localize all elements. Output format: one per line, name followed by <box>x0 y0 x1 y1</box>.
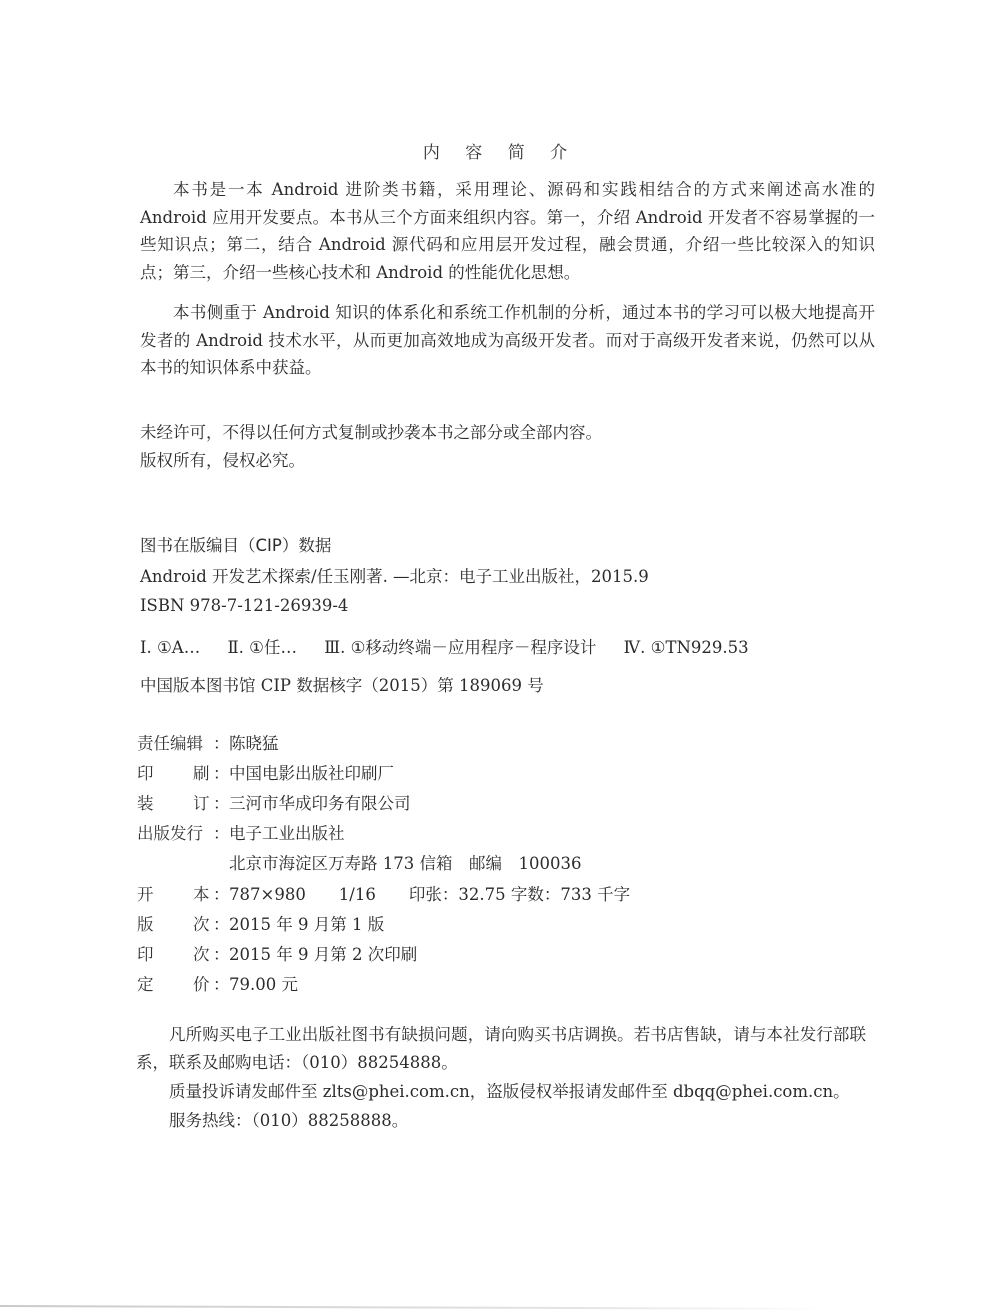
summary-paragraph-2: 本书侧重于 Android 知识的体系化和系统工作机制的分析，通过本书的学习可以… <box>140 299 875 382</box>
cip-class-4: Ⅳ. ①TN929.53 <box>624 638 749 657</box>
field-printer: 印 刷 ： 中国电影出版社印刷厂 <box>137 760 394 784</box>
cip-class-3: Ⅲ. ①移动终端－应用程序－程序设计 <box>324 638 596 657</box>
cip-heading: 图书在版编目（CIP）数据 <box>140 532 331 556</box>
field-edition: 版 次 ： 2015 年 9 月第 1 版 <box>137 911 384 935</box>
field-publisher: 出版发行 ： 电子工业出版社 <box>137 820 345 844</box>
field-publisher-value: 电子工业出版社 <box>229 820 345 844</box>
cip-classification: Ⅰ. ①A… Ⅱ. ①任… Ⅲ. ①移动终端－应用程序－程序设计 Ⅳ. ①TN9… <box>140 634 771 658</box>
cip-class-1: Ⅰ. ①A… <box>140 638 200 657</box>
scan-edge-divider <box>0 1305 830 1310</box>
complaint-contact: 质量投诉请发邮件至 zlts@phei.com.cn，盗版侵权举报请发邮件至 d… <box>169 1079 850 1105</box>
field-price-value: 79.00 元 <box>229 971 298 995</box>
rights-reserved: 版权所有，侵权必究。 <box>140 448 305 474</box>
field-format: 开 本 ： 787×980 1/16 印张：32.75 字数：733 千字 <box>137 881 630 905</box>
cip-record: 中国版本图书馆 CIP 数据核字（2015）第 189069 号 <box>140 673 544 699</box>
field-printing-value: 2015 年 9 月第 2 次印刷 <box>229 941 417 965</box>
field-editor-value: 陈晓猛 <box>229 730 279 754</box>
cip-entry: Android 开发艺术探索/任玉刚著. —北京：电子工业出版社，2015.9 <box>140 564 649 590</box>
field-printing: 印 次 ： 2015 年 9 月第 2 次印刷 <box>137 941 417 965</box>
summary-title: 内 容 简 介 <box>0 138 1000 163</box>
publisher-address: 北京市海淀区万寿路 173 信箱 邮编 100036 <box>229 851 581 877</box>
field-editor: 责任编辑 ： 陈晓猛 <box>137 730 279 754</box>
field-price: 定 价 ： 79.00 元 <box>137 971 298 995</box>
copyright-notice: 未经许可，不得以任何方式复制或抄袭本书之部分或全部内容。 <box>140 420 602 446</box>
field-format-value: 787×980 1/16 印张：32.75 字数：733 千字 <box>229 881 630 905</box>
field-editor-label: 责任编辑 <box>137 730 213 754</box>
book-copyright-page: 内 容 简 介 本书是一本 Android 进阶类书籍，采用理论、源码和实践相结… <box>0 0 1000 1316</box>
field-binder-value: 三河市华成印务有限公司 <box>229 790 411 814</box>
cip-class-2: Ⅱ. ①任… <box>227 638 297 657</box>
summary-paragraph-1: 本书是一本 Android 进阶类书籍，采用理论、源码和实践相结合的方式来阐述高… <box>140 176 875 286</box>
field-printer-value: 中国电影出版社印刷厂 <box>229 760 394 784</box>
field-edition-value: 2015 年 9 月第 1 版 <box>229 911 384 935</box>
notice-paragraph: 凡所购买电子工业出版社图书有缺损问题，请向购买书店调换。若书店售缺，请与本社发行… <box>136 1021 866 1076</box>
service-hotline: 服务热线：（010）88258888。 <box>169 1108 408 1134</box>
field-binder: 装 订 ： 三河市华成印务有限公司 <box>137 790 411 814</box>
cip-isbn: ISBN 978-7-121-26939-4 <box>140 593 348 619</box>
